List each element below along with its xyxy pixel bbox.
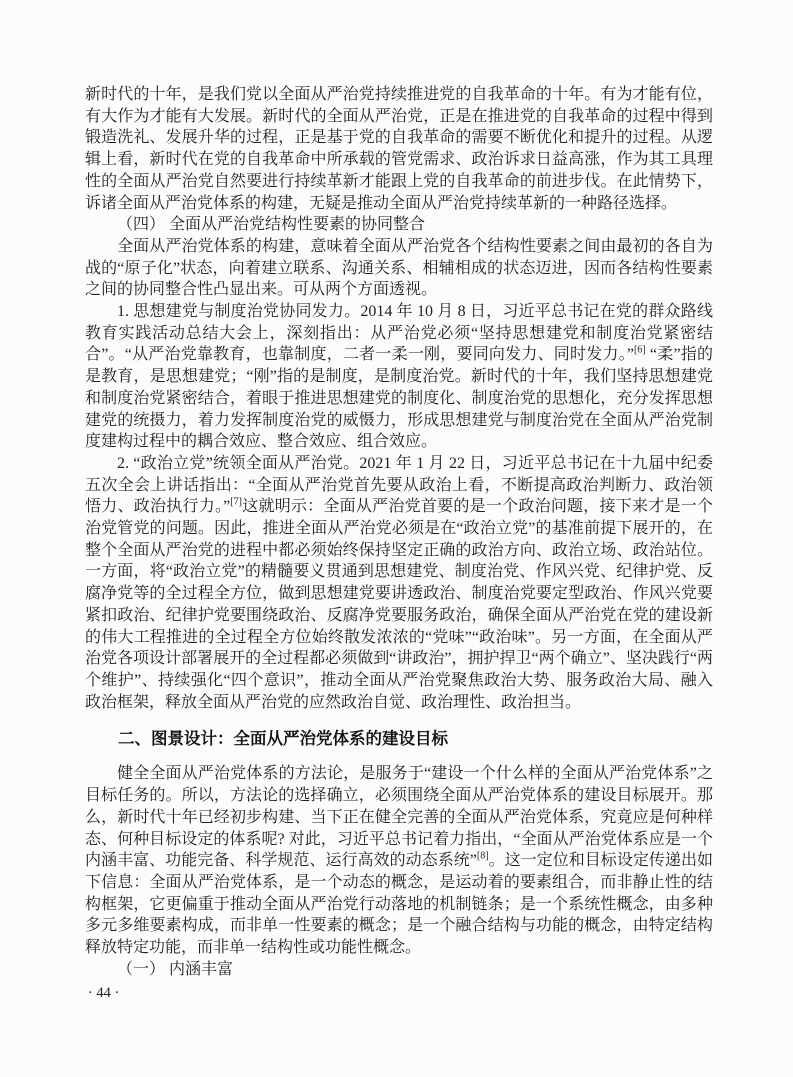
paragraph-point-2-political-founding: 2. “政治立党”统领全面从严治党。2021 年 1 月 22 日，习近平总书记… <box>85 453 713 713</box>
subsection-heading-one: （一） 内涵丰富 <box>85 959 713 981</box>
text-run: 这就明示：全面从严治党首要的是一个政治问题，接下来才是一个治党管党的问题。因此，… <box>85 498 713 710</box>
footnote-ref-8: [8] <box>477 851 489 862</box>
footnote-ref-6: [6] <box>634 345 646 356</box>
paragraph-construction-goal: 健全全面从严治党体系的方法论，是服务于“建设一个什么样的全面从严治党体系”之目标… <box>85 763 713 958</box>
text-run: 1. 思想建党与制度治党协同发力。2014 年 10 月 8 日，习近平总书记在… <box>85 303 713 363</box>
section-heading-two-blueprint-design: 二、图景设计：全面从严治党体系的建设目标 <box>85 728 713 750</box>
page-number: · 44 · <box>85 983 713 1005</box>
article-body: 新时代的十年，是我们党以全面从严治党持续推进党的自我革命的十年。有为才能有位，有… <box>85 84 713 1005</box>
subsection-heading-four: （四） 全面从严治党结构性要素的协同整合 <box>85 214 713 236</box>
paragraph-point-1-thought-and-institution: 1. 思想建党与制度治党协同发力。2014 年 10 月 8 日，习近平总书记在… <box>85 301 713 453</box>
journal-page: 新时代的十年，是我们党以全面从严治党持续推进党的自我革命的十年。有为才能有位，有… <box>0 0 793 1077</box>
paragraph-self-revolution-decade: 新时代的十年，是我们党以全面从严治党持续推进党的自我革命的十年。有为才能有位，有… <box>85 84 713 214</box>
paragraph-structural-elements: 全面从严治党体系的构建，意味着全面从严治党各个结构性要素之间由最初的各自为战的“… <box>85 236 713 301</box>
footnote-ref-7: [7] <box>230 497 242 508</box>
